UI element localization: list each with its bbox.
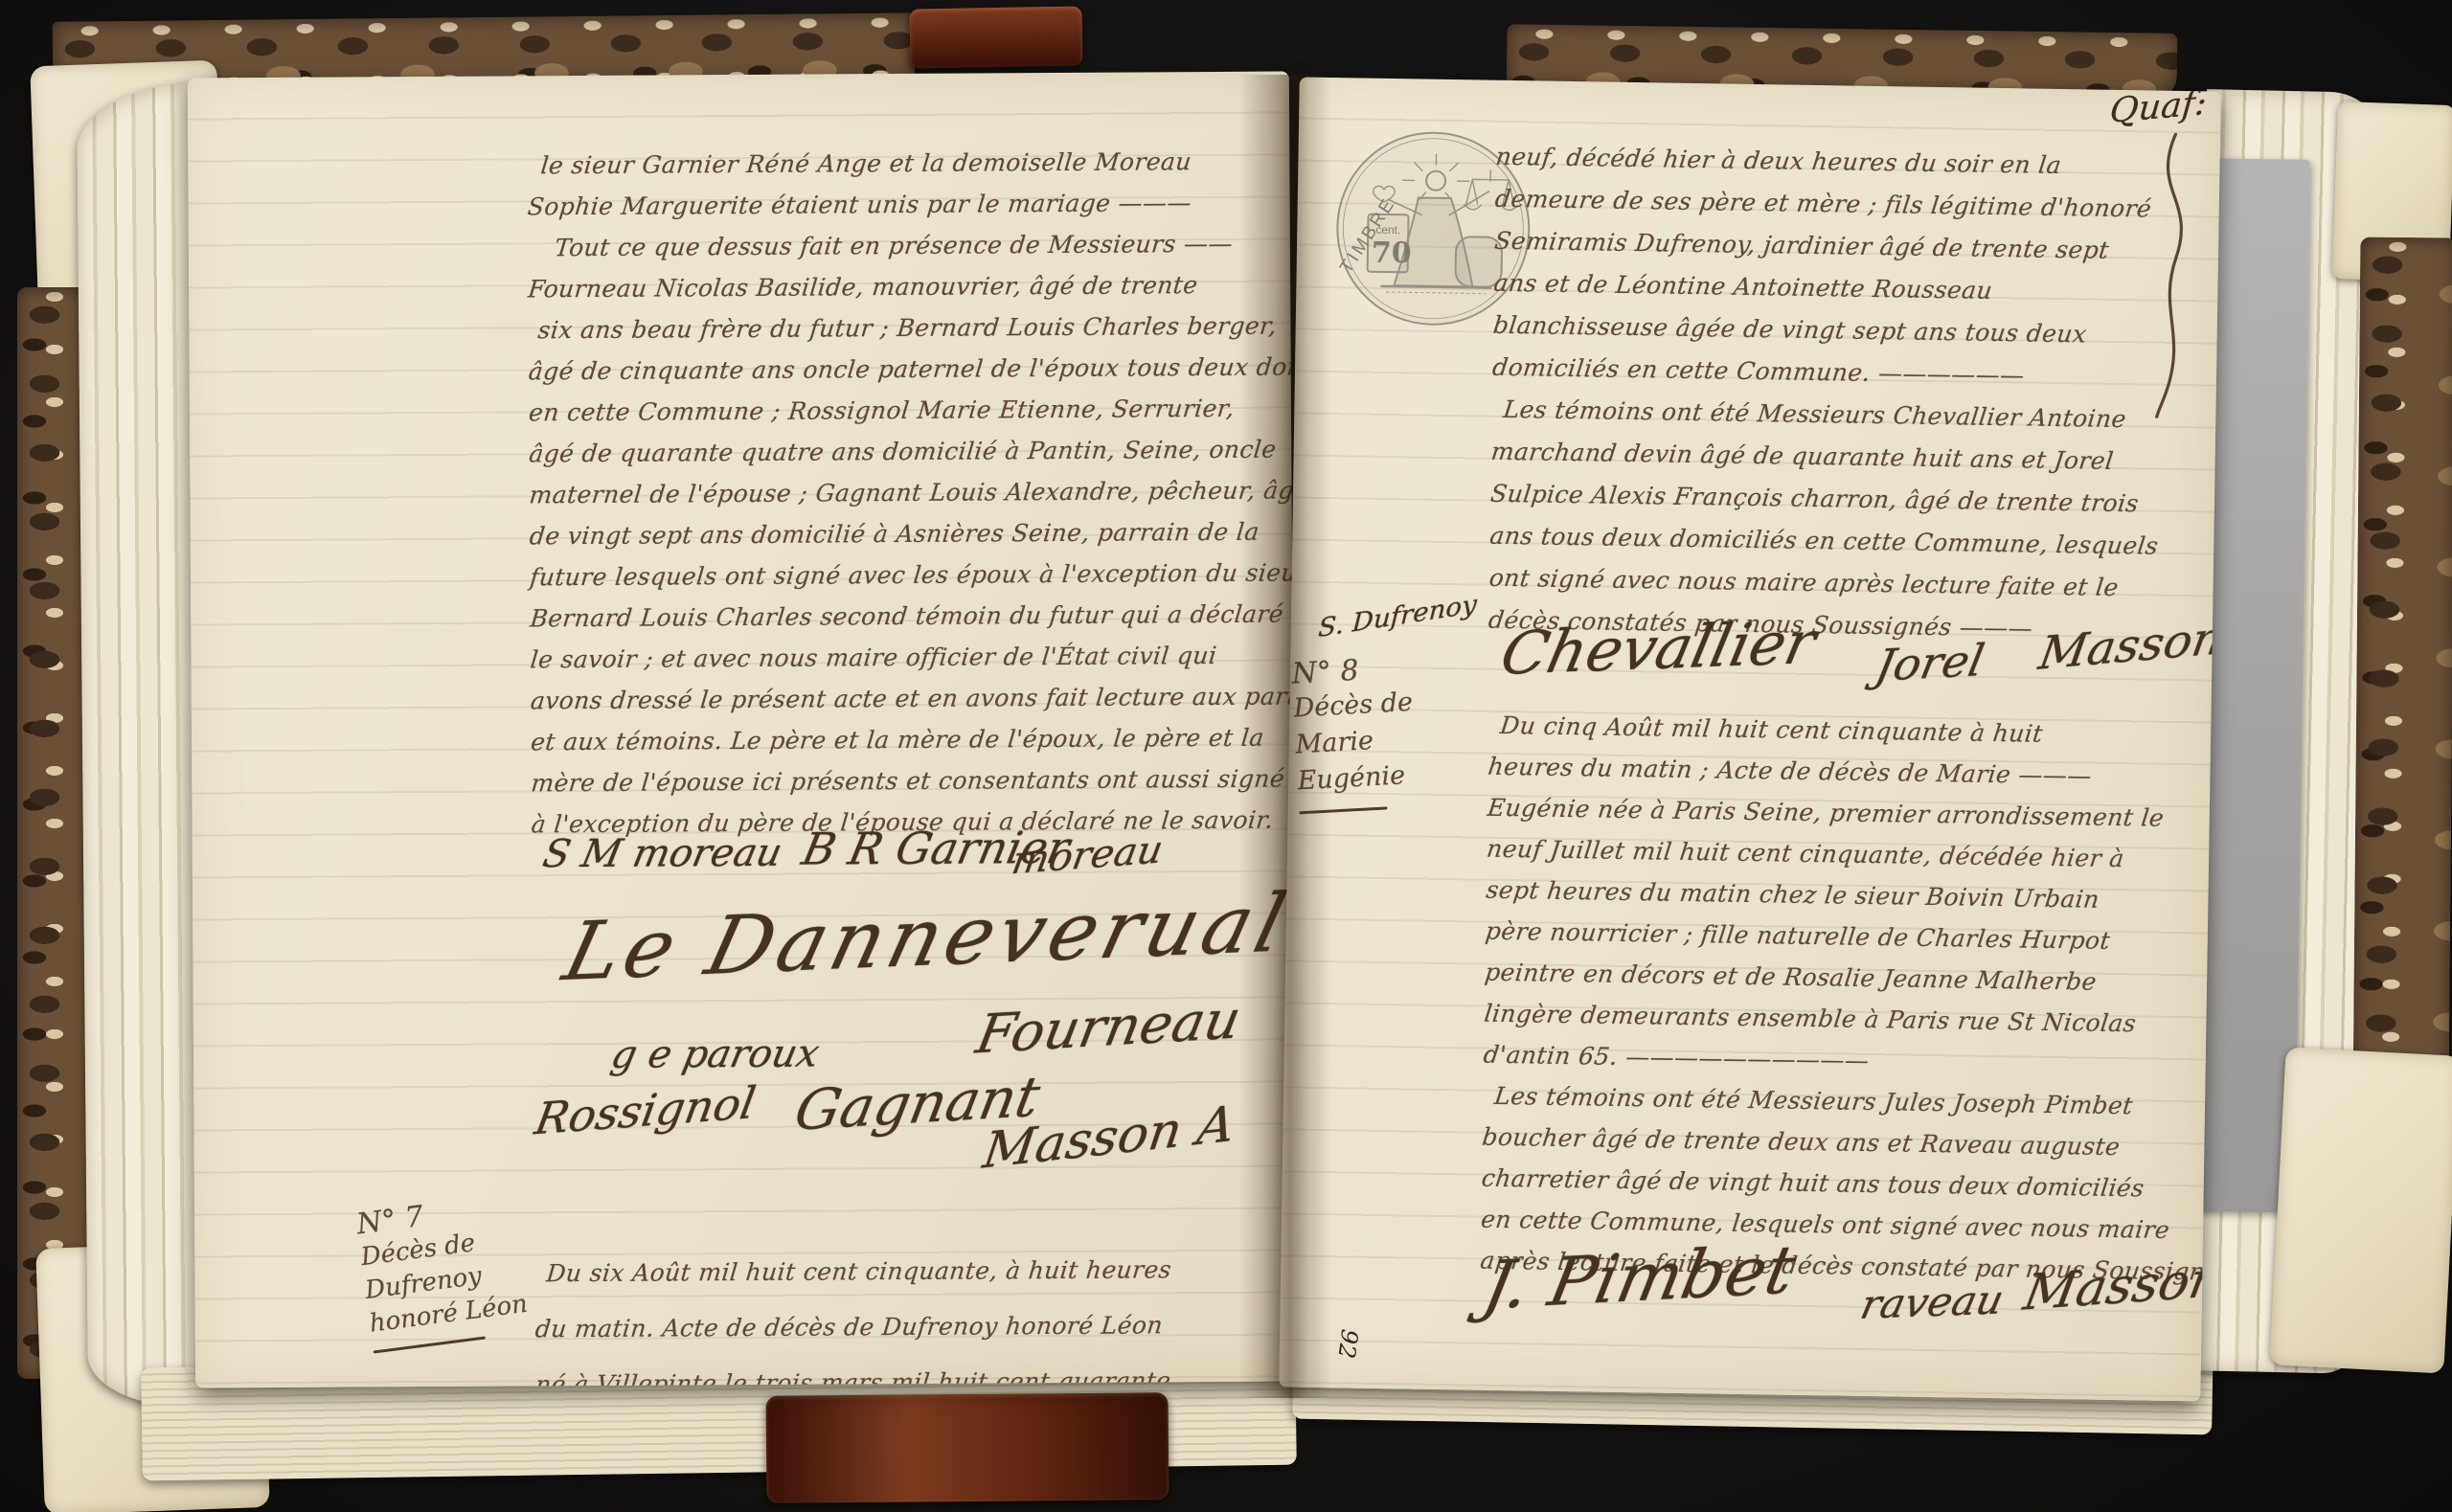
book-gutter-shadow [1239,75,1331,1398]
death-act-7-start: Du six Août mil huit cent cinquante, à h… [532,1242,1291,1388]
stamp-unit: cent. [1375,223,1400,237]
death-act-8-text: Du cinq Août mil huit cent cinquante à h… [1478,705,2203,1293]
act-line: mère de l'épouse ici présents et consent… [529,757,1291,803]
act-line: et aux témoins. Le père et la mère de l'… [529,716,1291,762]
act-line: le sieur Garnier Réné Ange et la demoise… [526,141,1288,187]
act-line: Fourneau Nicolas Basilide, manouvrier, â… [526,264,1288,310]
signature-jorel: Jorel [1872,634,1988,691]
act-line: Tout ce que dessus fait en présence de M… [526,223,1288,269]
signature-rossignol: Rossignol [532,1076,760,1144]
signature-chevallier: Chevallier [1495,607,1822,688]
stamp-value: 70 [1372,237,1412,271]
gutter-page-number: 92 [1332,1327,1363,1360]
signature-paroux: g e paroux [607,1031,823,1076]
act-line: du matin. Acte de décès de Dufrenoy hono… [533,1297,1297,1357]
cover-corner-bottom-right [2269,1047,2452,1373]
act-line: maternel de l'épouse ; Gagnant Louis Ale… [528,470,1290,516]
act-line: avons dressé le présent acte et en avons… [529,675,1291,721]
act-line: Bernard Louis Charles second témoin du f… [528,593,1290,639]
act-line: future lesquels ont signé avec les époux… [528,553,1290,598]
corner-inscription: Quaf: [2108,83,2209,131]
act-line: en cette Commune ; Rossignol Marie Etien… [527,388,1289,434]
signature-raveau: raveau [1856,1276,2008,1328]
act-line: Sophie Marguerite étaient unis par le ma… [526,182,1288,228]
left-page: le sieur Garnier Réné Ange et la demoise… [188,72,1297,1388]
signature-pimbet: J. Pimbet [1477,1230,1801,1325]
act-line: de vingt sept ans domicilié à Asnières S… [528,511,1290,557]
signature-moreau-mother: S M moreau [539,831,786,877]
top-spine-leather [909,6,1082,68]
marriage-act-text: le sieur Garnier Réné Ange et la demoise… [525,141,1287,846]
act-line: âgé de cinquante ans oncle paternel de l… [527,347,1289,393]
register-photo: le sieur Garnier Réné Ange et la demoise… [0,0,2452,1512]
margin-note-act7: N° 7 Décès de Dufrenoy honoré Léon [354,1186,540,1353]
bottom-spine-leather [766,1392,1169,1503]
act-line: six ans beau frère du futur ; Bernard Lo… [527,305,1289,351]
act-line: Du six Août mil huit cent cinquante, à h… [533,1241,1297,1301]
signature-fourneau: Fourneau [971,989,1245,1067]
right-page: TIMBRE cent. 70 Quaf: neuf, décédé hier … [1279,78,2220,1402]
act-line: âgé de quarante quatre ans domicilié à P… [527,429,1289,475]
act-line: le savoir ; et avec nous maire officier … [529,634,1291,680]
margin-signature-dufrenoy: S. Dufrenoy [1318,590,1478,643]
death-act-7-continued: neuf, décédé hier à deux heures du soir … [1487,136,2211,653]
signature-flourish-large: Le Danneverual [556,875,1297,999]
